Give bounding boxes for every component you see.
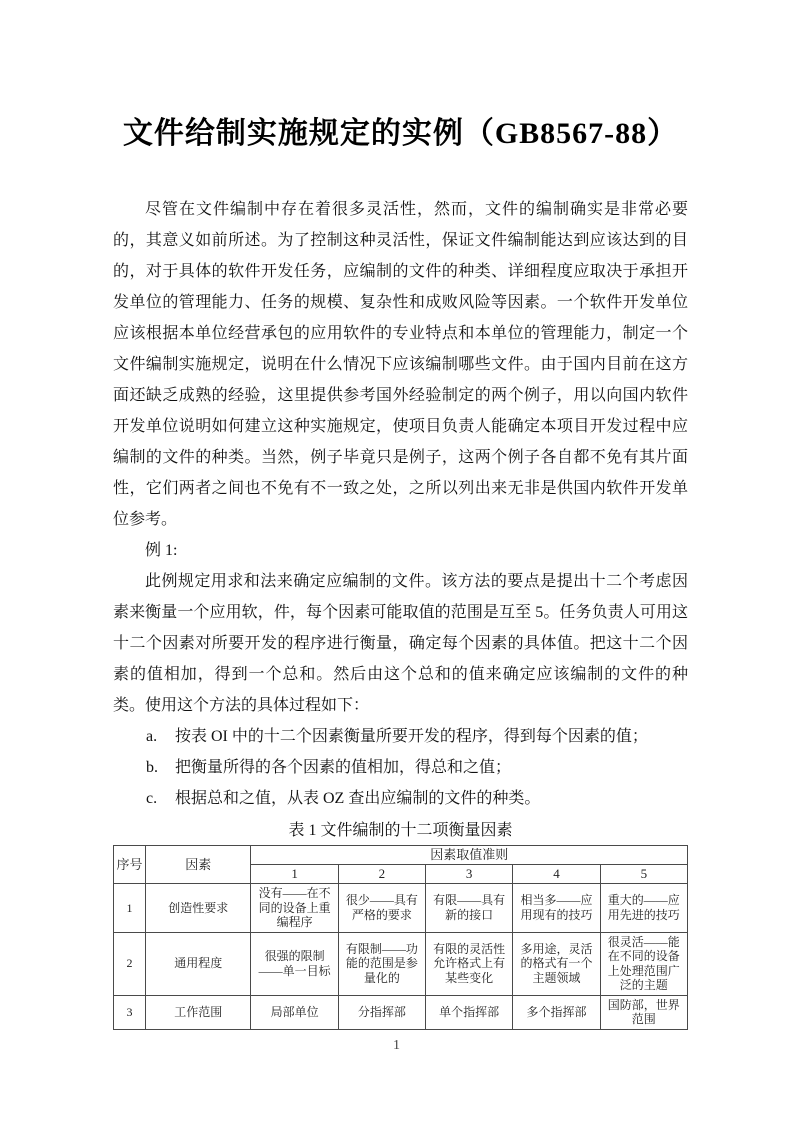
table-row: 2 通用程度 很强的限制——单一目标 有限制——功能的范围是参量化的 有限的灵活… xyxy=(114,932,688,995)
intro-paragraph: 尽管在文件编制中存在着很多灵活性，然而，文件的编制确实是非常必要的，其意义如前所… xyxy=(113,194,688,535)
cell-seq: 3 xyxy=(114,995,146,1029)
cell-value: 有限的灵活性允许格式上有某些变化 xyxy=(426,932,513,995)
cell-value: 有限制——功能的范围是参量化的 xyxy=(338,932,425,995)
document-content: 文件给制实施规定的实例（GB8567-88） 尽管在文件编制中存在着很多灵活性，… xyxy=(113,0,688,1030)
document-page: 文件给制实施规定的实例（GB8567-88） 尽管在文件编制中存在着很多灵活性，… xyxy=(0,0,793,1122)
header-cell-value: 5 xyxy=(600,865,687,884)
header-cell-value: 1 xyxy=(251,865,338,884)
example-label: 例 1: xyxy=(113,535,688,566)
cell-seq: 1 xyxy=(114,884,146,933)
list-item: b. 把衡量所得的各个因素的值相加，得总和之值； xyxy=(113,752,688,783)
cell-value: 多个指挥部 xyxy=(513,995,600,1029)
list-item-text: 按表 OI 中的十二个因素衡量所要开发的程序，得到每个因素的值； xyxy=(175,721,688,752)
page-number: 1 xyxy=(0,1038,793,1054)
table-row: 1 创造性要求 没有——在不同的设备上重编程序 很少——具有严格的要求 有限——… xyxy=(114,884,688,933)
cell-value: 局部单位 xyxy=(251,995,338,1029)
method-paragraph: 此例规定用求和法来确定应编制的文件。该方法的要点是提出十二个考虑因素来衡量一个应… xyxy=(113,566,688,721)
cell-value: 多用途，灵活的格式有一个主题领域 xyxy=(513,932,600,995)
header-cell-seq: 序号 xyxy=(114,846,146,884)
cell-value: 国防部，世界范围 xyxy=(600,995,687,1029)
list-item-text: 把衡量所得的各个因素的值相加，得总和之值； xyxy=(175,752,688,783)
cell-value: 有限——具有新的接口 xyxy=(426,884,513,933)
cell-seq: 2 xyxy=(114,932,146,995)
cell-factor: 创造性要求 xyxy=(146,884,251,933)
header-cell-rule: 因素取值准则 xyxy=(251,846,688,865)
cell-value: 很灵活——能在不同的设备上处理范围广泛的主题 xyxy=(600,932,687,995)
header-cell-value: 4 xyxy=(513,865,600,884)
list-item-text: 根据总和之值，从表 OZ 查出应编制的文件的种类。 xyxy=(175,783,688,814)
list-item: c. 根据总和之值，从表 OZ 查出应编制的文件的种类。 xyxy=(113,783,688,814)
cell-factor: 工作范围 xyxy=(146,995,251,1029)
cell-value: 很强的限制——单一目标 xyxy=(251,932,338,995)
cell-value: 分指挥部 xyxy=(338,995,425,1029)
cell-value: 重大的——应用先进的技巧 xyxy=(600,884,687,933)
cell-factor: 通用程度 xyxy=(146,932,251,995)
header-cell-value: 3 xyxy=(426,865,513,884)
cell-value: 单个指挥部 xyxy=(426,995,513,1029)
list-item-marker: b. xyxy=(146,752,175,783)
list-item-marker: c. xyxy=(146,783,175,814)
table-header-row: 序号 因素 因素取值准则 xyxy=(114,846,688,865)
header-cell-value: 2 xyxy=(338,865,425,884)
page-title: 文件给制实施规定的实例（GB8567-88） xyxy=(113,108,688,152)
factors-table: 序号 因素 因素取值准则 1 2 3 4 5 1 创造性要求 没有——在不同的设… xyxy=(113,845,688,1030)
list-item: a. 按表 OI 中的十二个因素衡量所要开发的程序，得到每个因素的值； xyxy=(113,721,688,752)
header-cell-factor: 因素 xyxy=(146,846,251,884)
cell-value: 没有——在不同的设备上重编程序 xyxy=(251,884,338,933)
list-item-marker: a. xyxy=(146,721,175,752)
steps-list: a. 按表 OI 中的十二个因素衡量所要开发的程序，得到每个因素的值； b. 把… xyxy=(113,721,688,814)
cell-value: 很少——具有严格的要求 xyxy=(338,884,425,933)
cell-value: 相当多——应用现有的技巧 xyxy=(513,884,600,933)
table-row: 3 工作范围 局部单位 分指挥部 单个指挥部 多个指挥部 国防部，世界范围 xyxy=(114,995,688,1029)
table-caption: 表 1 文件编制的十二项衡量因素 xyxy=(113,819,688,843)
